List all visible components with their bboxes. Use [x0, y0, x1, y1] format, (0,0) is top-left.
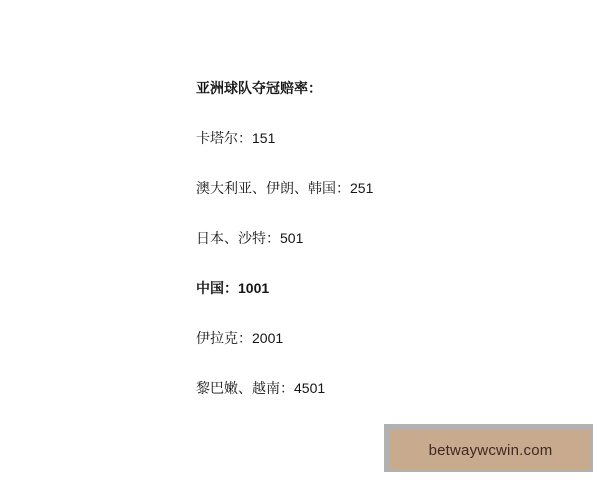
odds-line-china: 中国：1001 — [196, 279, 269, 297]
watermark-text: betwaywcwin.com — [390, 430, 591, 470]
odds-line-lebanon-vietnam: 黎巴嫩、越南：4501 — [196, 379, 325, 397]
odds-line-iraq: 伊拉克：2001 — [196, 329, 283, 347]
watermark-badge: betwaywcwin.com — [384, 424, 593, 472]
odds-line-australia-iran-korea: 澳大利亚、伊朗、韩国：251 — [196, 179, 373, 197]
document-title: 亚洲球队夺冠赔率： — [196, 79, 322, 97]
odds-line-japan-saudi: 日本、沙特：501 — [196, 229, 303, 247]
odds-line-qatar: 卡塔尔：151 — [196, 129, 275, 147]
